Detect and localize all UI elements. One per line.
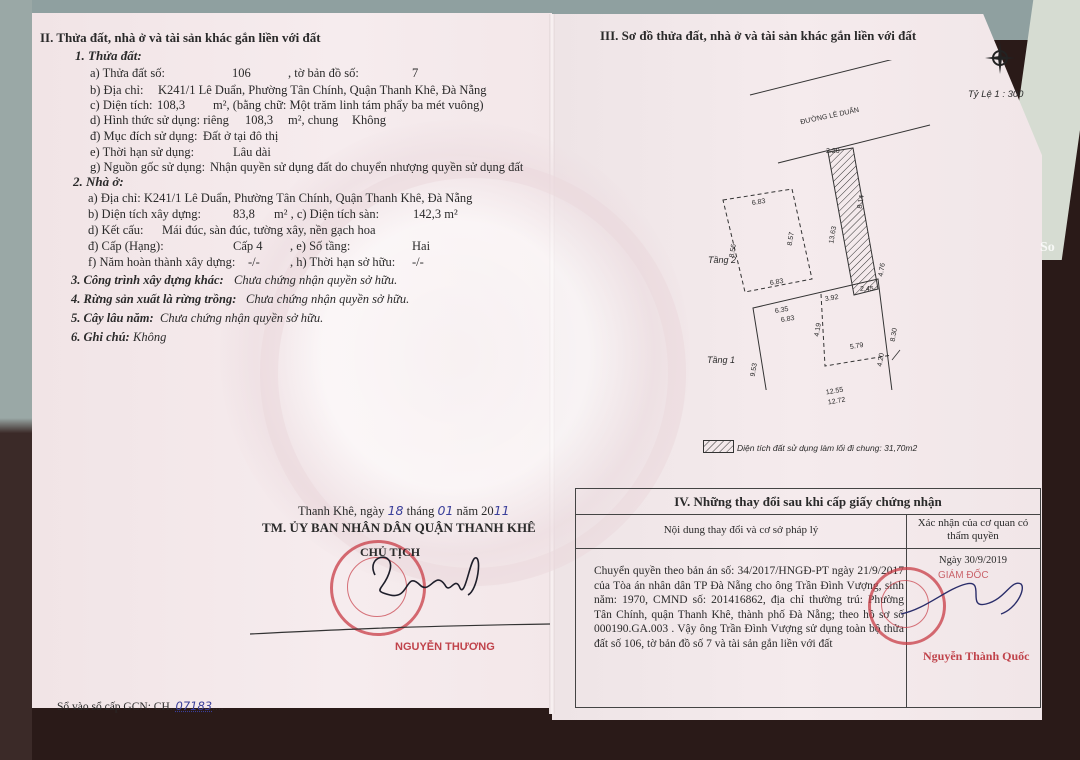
signing-place-date: Thanh Khê, ngày 18 tháng 01 năm 2011	[298, 504, 510, 518]
floor-area: 142,3 m²	[413, 207, 458, 221]
parcel-no: 106	[232, 66, 251, 80]
signature-right-icon	[896, 569, 1036, 629]
land-area-words: m², (bằng chữ: Một trăm linh tám phẩy ba…	[213, 98, 484, 112]
floor2-label: Tầng 2	[708, 253, 736, 267]
changes-table-header-row: Nội dung thay đổi và cơ sở pháp lý Xác n…	[576, 514, 1040, 549]
house-heading: 2. Nhà ở:	[73, 175, 124, 189]
register-no: 07183	[176, 699, 213, 713]
other-works-label: 3. Công trình xây dựng khác:	[71, 273, 224, 287]
grade-label: đ) Cấp (Hạng):	[88, 239, 164, 253]
watermark-logo: So	[1040, 240, 1055, 256]
origin: Nhận quyền sử dụng đất do chuyển nhượng …	[210, 160, 523, 174]
hatch-legend-swatch	[703, 440, 735, 454]
build-area: 83,8	[233, 207, 255, 221]
dim-f1-bottom-b: 12.72	[827, 394, 847, 411]
origin-label: g) Nguồn gốc sử dụng:	[90, 160, 205, 174]
signing-authority: TM. ỦY BAN NHÂN DÂN QUẬN THANH KHÊ	[262, 521, 536, 535]
register-label: Sổ vào sổ cấp GCN: CH..	[57, 701, 176, 713]
usage-common: Không	[352, 113, 386, 127]
dim-strip-lower: 4.76	[875, 262, 891, 278]
map-no: 7	[412, 66, 418, 80]
signer-name-left: NGUYỄN THƯƠNG	[395, 640, 495, 654]
dim-f1-right-b: 4.20	[874, 352, 890, 368]
term-label: e) Thời hạn sử dụng:	[90, 145, 194, 159]
register-suffix: ....	[212, 701, 224, 713]
floors: Hai	[412, 239, 430, 253]
north-arrow-icon	[980, 40, 1020, 80]
house-address: a) Địa chỉ: K241/1 Lê Duẩn, Phường Tân C…	[88, 191, 472, 205]
ownership-term: -/-	[412, 255, 424, 269]
changes-col-confirmation: Xác nhận của cơ quan có thẩm quyền	[906, 517, 1040, 543]
floors-label: , e) Số tầng:	[290, 239, 350, 253]
land-address: K241/1 Lê Duẩn, Phường Tân Chính, Quận T…	[158, 83, 487, 97]
dim-f1-left: 9.53	[747, 362, 763, 378]
map-label: , tờ bản đồ số:	[288, 66, 359, 80]
floor1-label: Tầng 1	[707, 353, 735, 367]
register-number: Sổ vào sổ cấp GCN: CH..07183....	[57, 699, 224, 714]
dim-strip-left: 13.63	[825, 225, 842, 245]
floor-area-label: m² , c) Diện tích sàn:	[274, 207, 379, 221]
map-scale: Tỷ Lệ 1 : 300	[968, 88, 1023, 102]
purpose: Đất ở tại đô thị	[203, 129, 278, 143]
changes-date: Ngày 30/9/2019	[906, 555, 1040, 566]
parcel-label: a) Thửa đất số:	[90, 66, 165, 80]
land-area: 108,3	[157, 98, 185, 112]
changes-table-title-row: IV. Những thay đổi sau khi cấp giấy chứn…	[576, 489, 1040, 515]
usage-private: 108,3	[245, 113, 273, 127]
area-label: c) Diện tích:	[90, 98, 152, 112]
purpose-label: đ) Mục đích sử dụng:	[90, 129, 197, 143]
note: Không	[133, 330, 166, 344]
dim-f1-top-b: 6.83	[780, 312, 796, 328]
year: -/-	[248, 255, 260, 269]
year-label: f) Năm hoàn thành xây dựng:	[88, 255, 235, 269]
note-label: 6. Ghi chú:	[71, 330, 130, 344]
dim-frontage: 2.20	[826, 145, 840, 159]
forest: Chưa chứng nhận quyền sở hữu.	[246, 292, 409, 306]
dim-strip-bottom: 2.45	[860, 283, 874, 297]
address-label: b) Địa chỉ:	[90, 83, 143, 97]
perennial: Chưa chứng nhận quyền sở hữu.	[160, 311, 323, 325]
dim-strip-right: 8.14	[854, 194, 870, 210]
signer-name-right: Nguyễn Thành Quốc	[923, 649, 1029, 663]
hatch-legend: Diện tích đất sử dụng làm lối đi chung: …	[737, 441, 917, 455]
dim-f1-inner-v: 4.19	[811, 322, 827, 338]
dim-f2-top: 6.83	[751, 195, 767, 211]
changes-table-title: IV. Những thay đổi sau khi cấp giấy chứn…	[576, 494, 1040, 510]
term: Lâu dài	[233, 145, 271, 159]
dim-f2-right: 8.57	[784, 231, 800, 247]
signing-month: 01	[438, 503, 454, 518]
background-left	[0, 0, 32, 760]
signing-place: Thanh Khê, ngày	[298, 504, 384, 518]
signing-day: 18	[388, 503, 404, 518]
usage-form-label: d) Hình thức sử dụng: riêng	[90, 113, 229, 127]
grade: Cấp 4	[233, 239, 263, 253]
changes-entry: Chuyển quyền theo bản án số: 34/2017/HNG…	[594, 564, 904, 651]
signing-year-label: năm 20	[457, 504, 494, 518]
signature-left-icon	[360, 550, 500, 610]
land-heading: 1. Thửa đất:	[75, 49, 142, 63]
dim-f1-inner-h: 5.79	[849, 339, 865, 355]
dim-f1-right-a: 8.30	[887, 327, 903, 343]
dim-f2-bottom: 6.83	[769, 275, 785, 291]
usage-common-label: m², chung	[288, 113, 338, 127]
dim-f1-top-c: 3.92	[824, 291, 840, 307]
other-works: Chưa chứng nhận quyền sở hữu.	[234, 273, 397, 287]
signature-underline	[250, 620, 550, 640]
structure-label: d) Kết cấu:	[88, 223, 144, 237]
forest-label: 4. Rừng sản xuất là rừng trồng:	[71, 292, 236, 306]
changes-table: IV. Những thay đổi sau khi cấp giấy chứn…	[575, 488, 1041, 708]
changes-col-content: Nội dung thay đổi và cơ sở pháp lý	[576, 524, 906, 536]
signing-month-label: tháng	[407, 504, 435, 518]
section-iii-title: III. Sơ đồ thửa đất, nhà ở và tài sản kh…	[600, 29, 916, 43]
build-area-label: b) Diện tích xây dựng:	[88, 207, 201, 221]
perennial-label: 5. Cây lâu năm:	[71, 311, 154, 325]
structure: Mái đúc, sàn đúc, tường xây, nền gạch ho…	[162, 223, 376, 237]
ownership-term-label: , h) Thời hạn sở hữu:	[290, 255, 395, 269]
signing-year: 11	[494, 503, 510, 518]
section-ii-title: II. Thửa đất, nhà ở và tài sản khác gắn …	[40, 31, 321, 45]
